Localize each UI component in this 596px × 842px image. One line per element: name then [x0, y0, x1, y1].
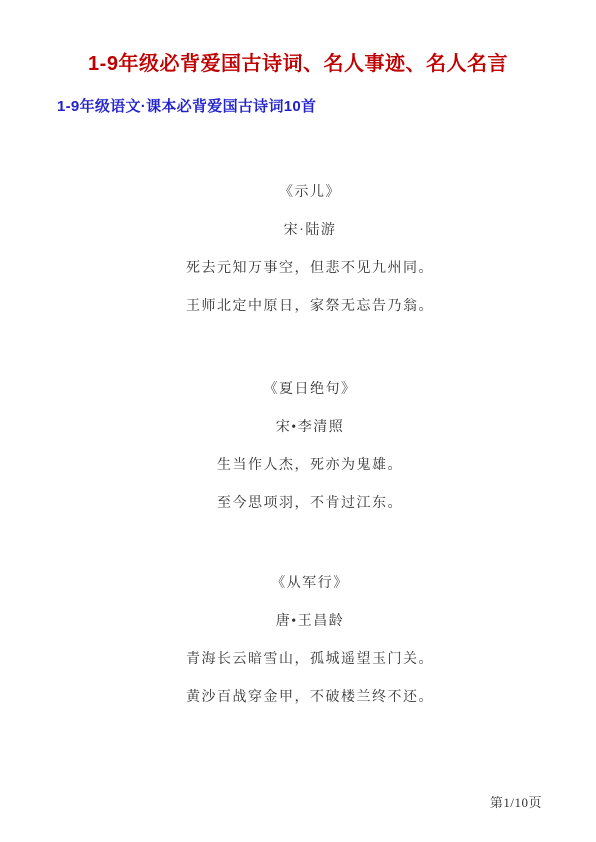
poem-line: 王师北定中原日，家祭无忘告乃翁。: [24, 288, 596, 326]
poem-line: 黄沙百战穿金甲，不破楼兰终不还。: [24, 679, 596, 717]
poem-line: 死去元知万事空，但悲不见九州同。: [24, 250, 596, 288]
poem-line: 青海长云暗雪山，孤城遥望玉门关。: [24, 641, 596, 679]
poem-title: 《示儿》: [24, 174, 596, 212]
poem-block-shi-er: 《示儿》 宋·陆游 死去元知万事空，但悲不见九州同。 王师北定中原日，家祭无忘告…: [24, 174, 596, 326]
poem-line: 生当作人杰，死亦为鬼雄。: [24, 447, 596, 485]
poem-author: 唐•王昌龄: [24, 603, 596, 641]
document-title: 1-9年级必背爱国古诗词、名人事迹、名人名言: [0, 47, 596, 76]
poem-block-xia-ri-jue-ju: 《夏日绝句》 宋•李清照 生当作人杰，死亦为鬼雄。 至今思项羽，不肯过江东。: [24, 371, 596, 523]
poem-line: 至今思项羽，不肯过江东。: [24, 485, 596, 523]
document-page: 1-9年级必背爱国古诗词、名人事迹、名人名言 1-9年级语文·课本必背爱国古诗词…: [0, 0, 596, 842]
poem-title: 《从军行》: [24, 565, 596, 603]
poem-author: 宋·陆游: [24, 212, 596, 250]
section-heading: 1-9年级语文·课本必背爱国古诗词10首: [57, 95, 316, 116]
poem-block-cong-jun-xing: 《从军行》 唐•王昌龄 青海长云暗雪山，孤城遥望玉门关。 黄沙百战穿金甲，不破楼…: [24, 565, 596, 717]
page-number: 第1/10页: [490, 792, 542, 811]
poem-author: 宋•李清照: [24, 409, 596, 447]
poem-title: 《夏日绝句》: [24, 371, 596, 409]
